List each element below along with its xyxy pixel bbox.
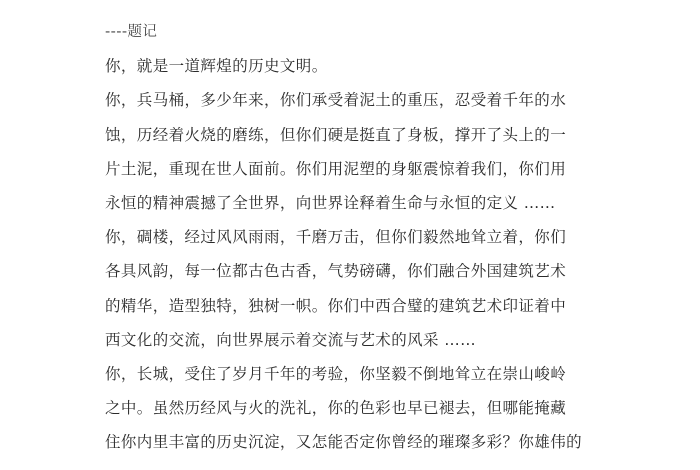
text-line: 住你内里丰富的历史沉淀，又怎能否定你曾经的璀璨多彩？你雄伟的 (105, 425, 600, 459)
text-line: 各具风韵，每一位都古色古香，气势磅礴，你们融合外国建筑艺术 (105, 254, 600, 288)
text-line: 你，碉楼，经过风风雨雨，千磨万击，但你们毅然地耸立着，你们 (105, 220, 600, 254)
text-line: 你，长城，受住了岁月千年的考验，你坚毅不倒地耸立在崇山峻岭 (105, 357, 600, 391)
document-page: ----题记 你，就是一道辉煌的历史文明。 你，兵马桶，多少年来，你们承受着泥土… (105, 15, 600, 459)
text-line: 你，就是一道辉煌的历史文明。 (105, 49, 600, 83)
text-line: 你，兵马桶，多少年来，你们承受着泥土的重压，忍受着千年的水 (105, 83, 600, 117)
text-line: 的精华，造型独特，独树一帜。你们中西合璧的建筑艺术印证着中 (105, 289, 600, 323)
text-line: 永恒的精神震撼了全世界，向世界诠释着生命与永恒的定义 …… (105, 186, 600, 220)
text-line: 之中。虽然历经风与火的洗礼，你的色彩也早已褪去，但哪能掩藏 (105, 391, 600, 425)
text-line: 蚀，历经着火烧的磨练，但你们硬是挺直了身板，撑开了头上的一 (105, 118, 600, 152)
epigraph-attribution: ----题记 (105, 15, 600, 49)
text-line: 片土泥，重现在世人面前。你们用泥塑的身躯震惊着我们，你们用 (105, 152, 600, 186)
text-line: 西文化的交流，向世界展示着交流与艺术的风采 …… (105, 323, 600, 357)
